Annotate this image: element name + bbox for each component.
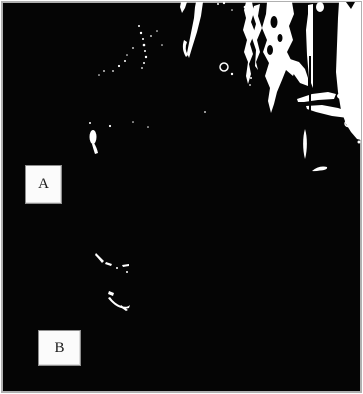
speck bbox=[231, 73, 233, 75]
bar-notch-blob bbox=[316, 2, 324, 12]
panel-label-a-text: A bbox=[38, 176, 49, 193]
squiggle-blob bbox=[90, 130, 97, 144]
panel-label-b-text: B bbox=[54, 340, 64, 357]
light-blob bbox=[341, 97, 357, 111]
panel-label-a: A bbox=[25, 165, 62, 204]
panel-label-b: B bbox=[38, 330, 81, 366]
dark-thin-line bbox=[309, 56, 311, 140]
figure-panel: A B bbox=[0, 0, 363, 394]
light-blob-small bbox=[337, 93, 345, 99]
